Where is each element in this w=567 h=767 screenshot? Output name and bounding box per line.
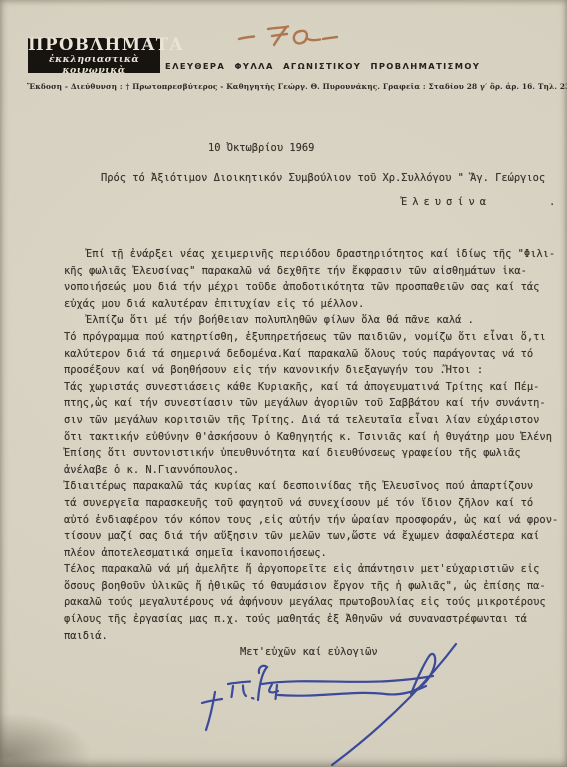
text-line: φίλους τῆς ἐργασίας μας π.χ. τούς μαθητά…	[64, 611, 564, 628]
text-line: ὅτι τακτικήν εὐθύνην θ'ἀσκήσουν ὁ Καθηγη…	[64, 429, 564, 446]
signature	[190, 640, 480, 767]
addressee-city-period: .	[549, 196, 555, 208]
body-paragraph: Ἰδιαιτέρως παρακαλῶ τάς κυρίας καί δεσπο…	[64, 478, 564, 561]
text-line: ἀνέλαβε ὁ κ. Ν.Γιαννόπουλος.	[64, 462, 564, 479]
text-line: αὐτό ἐνδιαφέρον τόν κόπον τους ,εἰς αὐτή…	[64, 512, 564, 529]
text-line: Τάς χωριστάς συνεστιάσεις κάθε Κυριακῆς,…	[64, 379, 564, 396]
handwritten-page-number-strokes	[235, 18, 355, 52]
text-line: καλύτερον διά τά σημερινά δεδομένα.Καί π…	[64, 346, 564, 363]
body-paragraph: Τάς χωριστάς συνεστιάσεις κάθε Κυριακῆς,…	[64, 379, 564, 479]
letter-body: Ἐπί τῇ ἐνάρξει νέας χειμερινῆς περιόδου …	[64, 246, 564, 661]
text-line: Ἰδιαιτέρως παρακαλῶ τάς κυρίας καί δεσπο…	[64, 478, 564, 495]
text-line: Ἐπίσης ὅτι συντονιστικήν ὑπευθυνότητα κα…	[64, 445, 564, 462]
signature-strokes	[190, 640, 480, 767]
text-line: Τέλος παρακαλῶ νά μή ἀμελῆτε ἤ ἀργοπορεῖ…	[64, 561, 564, 578]
text-line: πτης,ὡς καί τήν συνεστίασιν τῶν μεγάλων …	[64, 395, 564, 412]
letter-addressee: Πρός τό Ἀξιότιμον Διοικητικόν Συμβούλιον…	[101, 172, 545, 184]
text-line: ὅσους βοηθοῦν ὑλικῶς ἤ ἠθικῶς τό θαυμάσι…	[64, 578, 564, 595]
handwritten-page-number	[235, 18, 355, 52]
body-paragraph: Ἐπί τῇ ἐνάρξει νέας χειμερινῆς περιόδου …	[64, 246, 564, 312]
masthead-subtitle: ἐκκλησιαστικὰ κοινωνικὰ	[28, 54, 160, 76]
text-line: κῆς φωλιᾶς Ἐλευσίνας" παρακαλῶ νά δεχθῆτ…	[64, 263, 564, 280]
text-line: Τό πρόγραμμα πού κατηρτίσθη, ἐξυπηρετήσε…	[64, 329, 564, 346]
text-line: τά συνεργεῖα παρασκευῆς τοῦ φαγητοῦ νά σ…	[64, 495, 564, 512]
masthead-tagline: ΕΛΕΥΘΕΡΑ ΦΥΛΛΑ ΑΓΩΝΙΣΤΙΚΟΥ ΠΡΟΒΛΗΜΑΤΙΣΜΟ…	[165, 61, 480, 71]
letter-page: ΠΡΟΒΛΗΜΑΤΑ ἐκκλησιαστικὰ κοινωνικὰ ΕΛΕΥΘ…	[0, 0, 567, 767]
text-line: νοποιήσεώς μου διά τήν μέχρι τοῦδε ἀποδο…	[64, 279, 564, 296]
letter-date: 10 Ὀκτωβρίου 1969	[208, 142, 314, 154]
text-line: Ἐπί τῇ ἐνάρξει νέας χειμερινῆς περιόδου …	[64, 246, 564, 263]
text-line: πλέον ἀποτελεσματικά σημεῖα ἱκανοποιήσεω…	[64, 545, 564, 562]
text-line: εὐχάς μου διά καλυτέραν ἐπιτυχίαν εἰς τό…	[64, 296, 564, 313]
text-line: τίσουν μαζί σας διά τήν αὔξησιν τῶν μελῶ…	[64, 528, 564, 545]
body-paragraph: Τέλος παρακαλῶ νά μή ἀμελῆτε ἤ ἀργοπορεῖ…	[64, 561, 564, 644]
body-paragraph: Ἐλπίζω ὅτι μέ τήν βοήθειαν πολυπληθῶν φί…	[64, 312, 564, 329]
masthead-box: ΠΡΟΒΛΗΜΑΤΑ ἐκκλησιαστικὰ κοινωνικὰ	[28, 38, 160, 73]
text-line: Ἐλπίζω ὅτι μέ τήν βοήθειαν πολυπληθῶν φί…	[64, 312, 564, 329]
text-line: ρακαλῶ τούς μεγαλυτέρους νά ἀφήνουν μεγά…	[64, 594, 564, 611]
text-line: προσέξουν καί νά βοηθήσουν εἰς τήν κανον…	[64, 362, 564, 379]
letter-addressee-city-line: Ἐλευσίνα.	[401, 196, 555, 208]
addressee-city: Ἐλευσίνα	[401, 196, 491, 208]
text-line: σιν τῶν μεγάλων κοριτσιῶν τῆς Τρίτης. Δι…	[64, 412, 564, 429]
publisher-line: Ἔκδοση - Διεύθυνση : † Πρωτοπρεσβύτερος …	[27, 82, 552, 91]
masthead-title: ΠΡΟΒΛΗΜΑΤΑ	[28, 36, 160, 53]
body-paragraph: Τό πρόγραμμα πού κατηρτίσθη, ἐξυπηρετήσε…	[64, 329, 564, 379]
